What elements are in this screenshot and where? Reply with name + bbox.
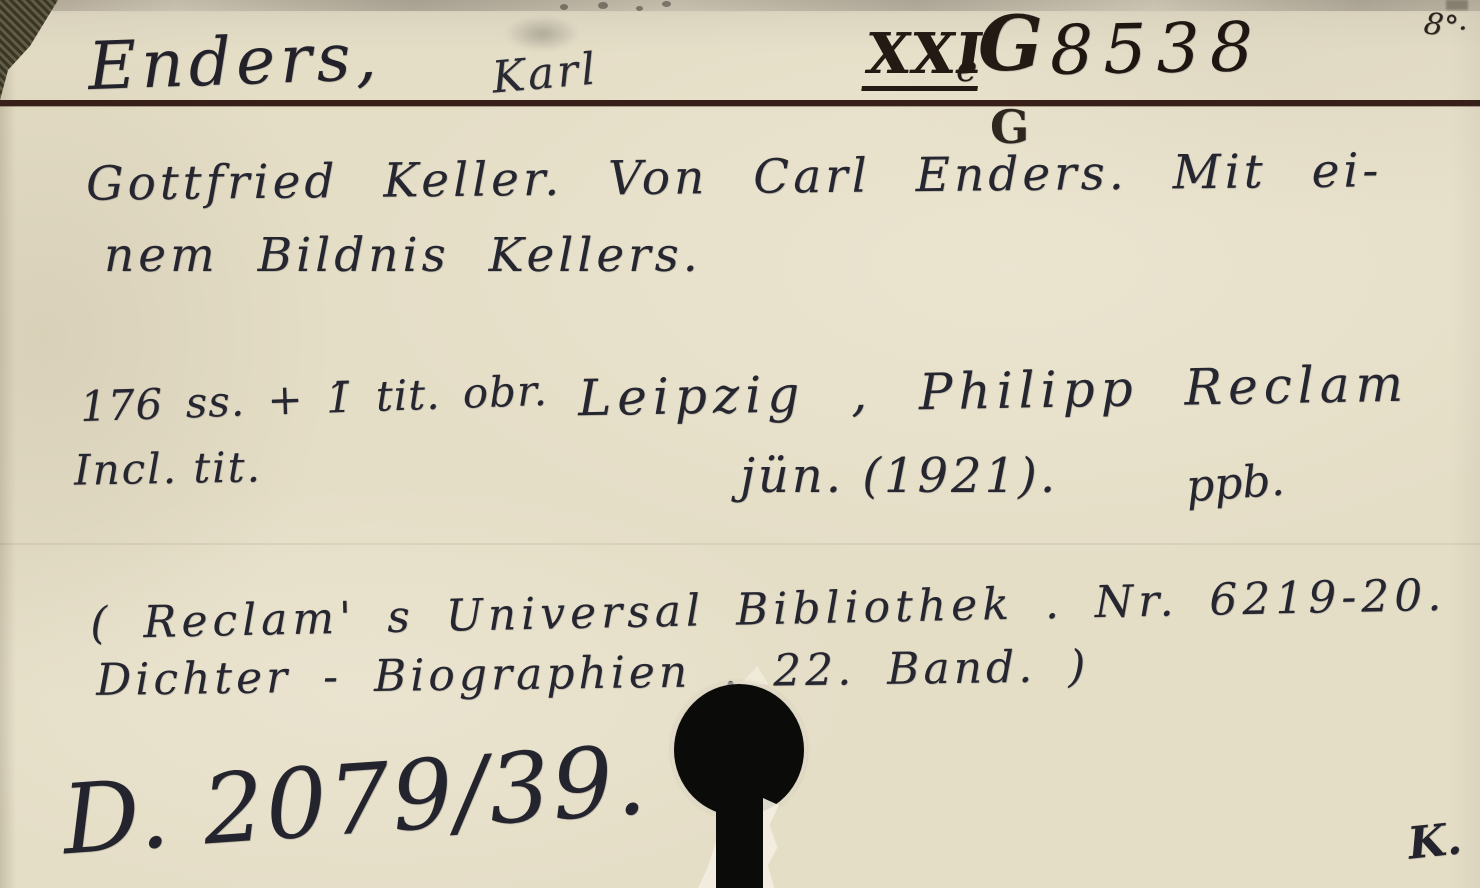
series-note-line-1: ( Reclam' s Universal Bibliothek . Nr. 6… [90, 572, 1447, 649]
call-number-digits: 8538 [1049, 12, 1263, 87]
torn-corner-top-left [0, 0, 62, 102]
cataloguer-initial: K. [1406, 815, 1464, 869]
imprint-year: jün. (1921). [740, 450, 1058, 503]
torn-paper-chip [763, 798, 779, 888]
format-mark-octavo: 8°· [1422, 7, 1470, 46]
collation-extent: 176 ss. + 1̄ tit. obr. [79, 368, 548, 430]
punch-hole-slot [716, 792, 763, 888]
call-number-letter: G [978, 6, 1043, 82]
scan-speck [598, 2, 608, 9]
header-rule [0, 100, 1480, 106]
series-note-line-2: Dichter - Biographien . 22. Band. ) [96, 643, 1090, 705]
accession-number: D. 2079/39. [59, 728, 651, 874]
heading-forename: Karl [490, 45, 600, 102]
scan-speck [636, 6, 643, 11]
torn-paper-chip [698, 842, 716, 888]
imprint-place-publisher: Leipzig , Philipp Reclam [578, 357, 1410, 426]
collation-incl-note: Incl. tit. [74, 444, 263, 493]
scan-speck [560, 4, 568, 10]
faint-middle-rule [0, 543, 1480, 545]
binding-note: ppb. [1184, 457, 1286, 512]
catalog-card: Enders, Karl XXI e G 8538 8°· G Gottfrie… [0, 0, 1480, 888]
call-number-small-letter: e [956, 50, 977, 90]
title-line-2: nem Bildnis Kellers. [104, 230, 702, 282]
call-number-letter-below-rule: G [990, 104, 1029, 150]
heading-surname: Enders, [87, 21, 383, 104]
scan-speck [662, 1, 671, 7]
title-line-1: Gottfried Keller. Von Carl Enders. Mit e… [86, 145, 1383, 210]
